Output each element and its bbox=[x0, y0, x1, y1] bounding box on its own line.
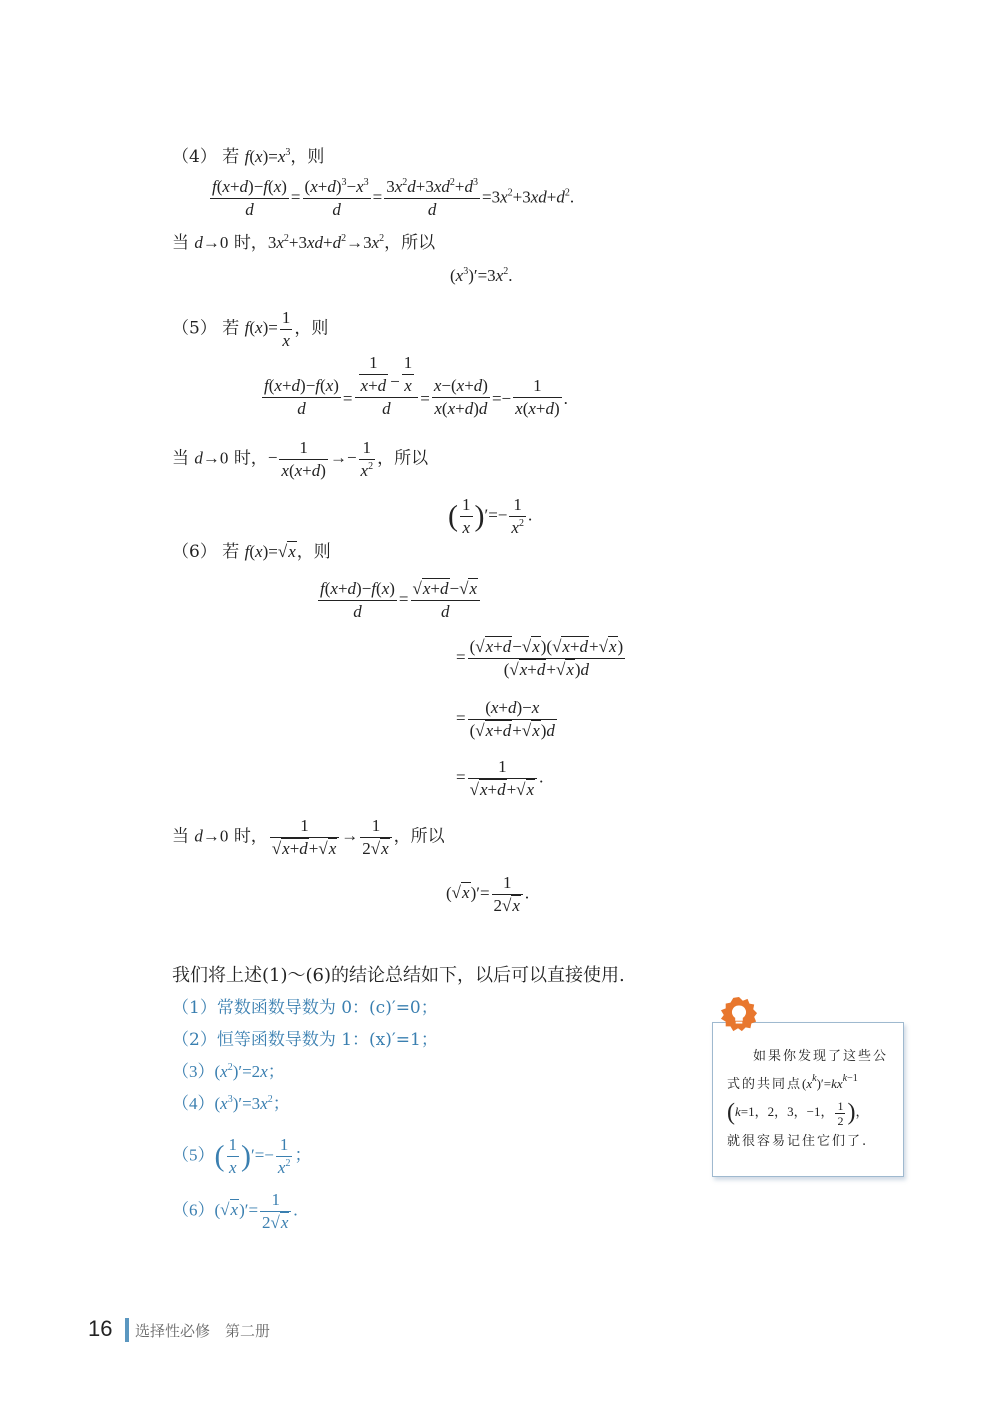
limit-expression: 3x2+3xd+d2→3x2 bbox=[268, 233, 384, 252]
tip-text: 式的共同点 bbox=[727, 1077, 802, 1092]
lightbulb-icon bbox=[720, 996, 758, 1034]
limit-condition: d→0 bbox=[194, 233, 228, 252]
tip-line-1: 如果你发现了这些公 bbox=[727, 1043, 893, 1070]
when-word: 当 bbox=[172, 826, 189, 846]
fraction: 1x(x+d) bbox=[513, 375, 562, 420]
book-title: 选择性必修 第二册 bbox=[135, 1320, 270, 1341]
section6-step-2: =(√x+d−√x)(√x+d+√x)(√x+d+√x)d bbox=[456, 636, 627, 681]
time-word: 时， bbox=[234, 233, 268, 253]
item-label: （5） bbox=[172, 1145, 215, 1164]
item-label: （3） bbox=[172, 1062, 215, 1081]
section5-limit: 当 d→0 时，−1x(x+d)→−1x2，所以 bbox=[172, 437, 428, 482]
item-label: （4） bbox=[172, 147, 217, 167]
then-word: ，则 bbox=[297, 542, 331, 562]
limit-condition: d→0 bbox=[194, 826, 228, 845]
fraction: 3x2d+3xd2+d3d bbox=[384, 176, 480, 221]
fraction: x−(x+d)x(x+d)d bbox=[432, 375, 490, 420]
item-text: 恒等函数导数为 1：(x)′=1； bbox=[217, 1030, 438, 1050]
summary-intro: 我们将上述(1)～(6)的结论总结如下，以后可以直接使用. bbox=[172, 965, 625, 987]
page-number: 16 bbox=[88, 1316, 112, 1342]
section4-heading: （4） 若 f(x)=x3，则 bbox=[172, 146, 324, 168]
section6-step-4: =1√x+d+√x. bbox=[456, 756, 543, 801]
summary-item-2: （2）恒等函数导数为 1：(x)′=1； bbox=[172, 1029, 438, 1051]
when-word: 当 bbox=[172, 233, 189, 253]
then-word: ，则 bbox=[294, 318, 328, 338]
section4-result: (x3)′=3x2. bbox=[450, 265, 512, 287]
fraction: f(x+d)−f(x)d bbox=[262, 375, 341, 420]
if-word: 若 bbox=[222, 542, 239, 562]
so-word: ，所以 bbox=[394, 826, 445, 846]
section6-result: (√x)′=12√x. bbox=[446, 872, 529, 917]
item-text: 常数函数导数为 0：(c)′=0； bbox=[217, 998, 438, 1018]
limit-expression: −1x(x+d)→−1x2 bbox=[268, 448, 377, 467]
summary-item-3: （3）(x2)′=2x； bbox=[172, 1061, 285, 1083]
tip-line-4: 就很容易记住它们了. bbox=[727, 1128, 893, 1155]
section5-result: (1x)′=−1x2. bbox=[448, 494, 532, 539]
compound-fraction: 1x+d−1xd bbox=[355, 352, 419, 420]
time-word: 时， bbox=[234, 448, 268, 468]
tip-line-3: (k=1，2，3，−1，12)， bbox=[727, 1098, 893, 1128]
section4-limit: 当 d→0 时，3x2+3xd+d2→3x2，所以 bbox=[172, 232, 435, 254]
section6-step-3: =(x+d)−x(√x+d+√x)d bbox=[456, 697, 559, 742]
if-word: 若 bbox=[222, 318, 239, 338]
when-word: 当 bbox=[172, 448, 189, 468]
summary-item-1: （1）常数函数导数为 0：(c)′=0； bbox=[172, 997, 438, 1019]
tip-line-2: 式的共同点(xk)′=kxk−1 bbox=[727, 1070, 893, 1098]
tip-formula: (xk)′=kxk−1 bbox=[802, 1076, 858, 1091]
item-label: （5） bbox=[172, 318, 217, 338]
then-word: ，则 bbox=[290, 147, 324, 167]
function-def: f(x)=x3 bbox=[245, 147, 291, 166]
item-label: （6） bbox=[172, 1200, 215, 1219]
fraction: (x+d)3−x3d bbox=[303, 176, 371, 221]
section5-heading: （5） 若 f(x)=1x，则 bbox=[172, 307, 328, 352]
if-word: 若 bbox=[222, 147, 239, 167]
section4-equation: f(x+d)−f(x)d=(x+d)3−x3d=3x2d+3xd2+d3d=3x… bbox=[208, 176, 574, 221]
tip-box: 如果你发现了这些公 式的共同点(xk)′=kxk−1 (k=1，2，3，−1，1… bbox=[712, 1022, 904, 1177]
function-def: f(x)=1x bbox=[245, 318, 295, 337]
so-word: ，所以 bbox=[377, 448, 428, 468]
function-def: f(x)=√x bbox=[245, 542, 297, 561]
summary-item-4: （4）(x3)′=3x2； bbox=[172, 1093, 290, 1115]
item-label: （2） bbox=[172, 1030, 217, 1050]
section5-equation: f(x+d)−f(x)d=1x+d−1xd=x−(x+d)x(x+d)d=−1x… bbox=[260, 352, 568, 420]
time-word: 时， bbox=[234, 826, 268, 846]
item-label: （4） bbox=[172, 1094, 215, 1113]
limit-expression: 1√x+d+√x→12√x bbox=[268, 826, 394, 845]
so-word: ，所以 bbox=[384, 233, 435, 253]
item-label: （1） bbox=[172, 998, 217, 1018]
section6-heading: （6） 若 f(x)=√x，则 bbox=[172, 541, 331, 563]
fraction: f(x+d)−f(x)d bbox=[210, 176, 289, 221]
footer-divider bbox=[125, 1318, 129, 1342]
limit-condition: d→0 bbox=[194, 448, 228, 467]
summary-item-6: （6）(√x)′=12√x. bbox=[172, 1189, 298, 1234]
section6-step-1: f(x+d)−f(x)d=√x+d−√xd bbox=[316, 578, 482, 623]
item-label: （6） bbox=[172, 542, 217, 562]
section6-limit: 当 d→0 时，1√x+d+√x→12√x，所以 bbox=[172, 815, 445, 860]
summary-item-5: （5）(1x)′=−1x2； bbox=[172, 1134, 311, 1179]
